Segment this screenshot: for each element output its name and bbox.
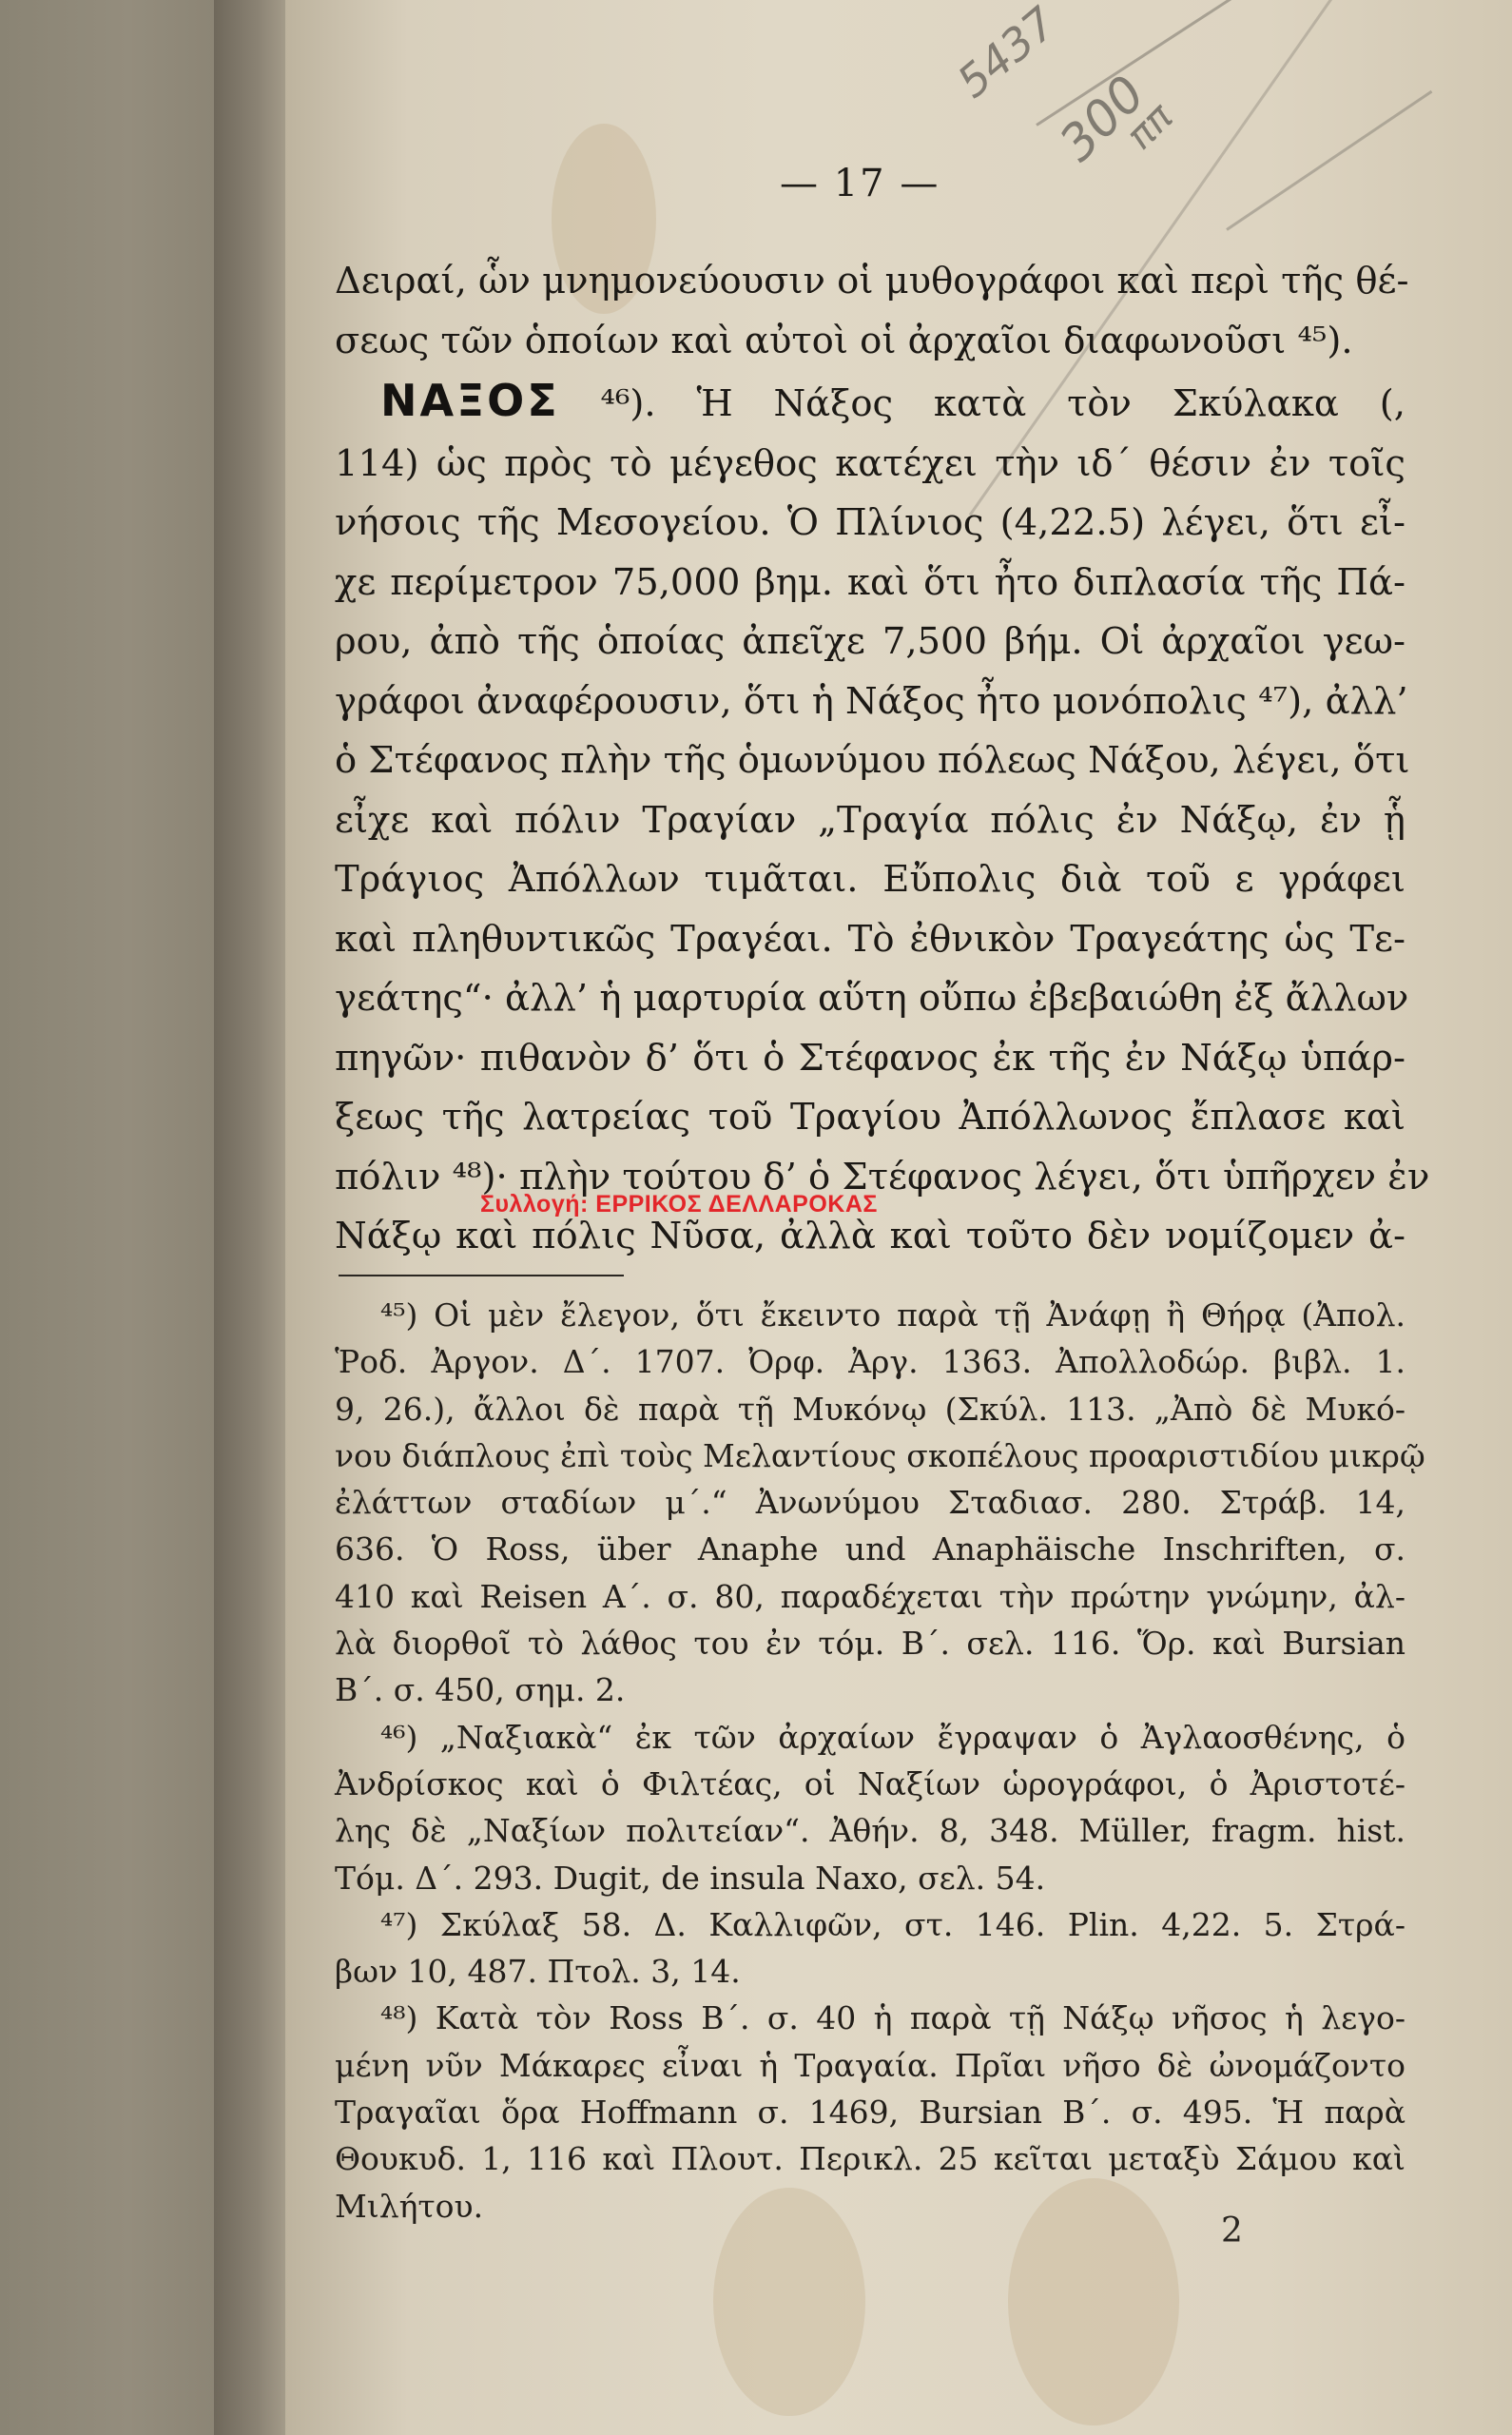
footnote-line: Τραγαῖαι ὅρα Hoffmann σ. 1469, Bursian Β… bbox=[335, 2089, 1405, 2135]
footnote-line: λης δὲ „Ναξίων πολιτείαν“. Ἀθήν. 8, 348.… bbox=[335, 1807, 1405, 1854]
footnote-line: Τόμ. Δ΄. 293. Dugit, de insula Naxo, σελ… bbox=[335, 1855, 1405, 1901]
text-line: γράφοι ἀναφέρουσιν, ὅτι ἡ Νάξος ἦτο μονό… bbox=[335, 672, 1405, 732]
page-number: — 17 — bbox=[780, 162, 940, 205]
text-line: γεάτης“· ἀλλ’ ἡ μαρτυρία αὕτη οὔπω ἐβεβα… bbox=[335, 969, 1405, 1029]
footnote-line: Ῥοδ. Ἀργον. Δ΄. 1707. Ὀρφ. Ἀργ. 1363. Ἀπ… bbox=[335, 1338, 1405, 1385]
footnote-line: Θουκυδ. 1, 116 καὶ Πλουτ. Περικλ. 25 κεῖ… bbox=[335, 2135, 1405, 2182]
footnote-line: ⁴⁵) Οἱ μὲν ἔλεγον, ὅτι ἔκειντο παρὰ τῇ Ἀ… bbox=[335, 1292, 1405, 1338]
footnote-line: Β΄. σ. 450, σημ. 2. bbox=[335, 1666, 1405, 1713]
text-line: ξεως τῆς λατρείας τοῦ Τραγίου Ἀπόλλωνος … bbox=[335, 1088, 1405, 1148]
footnote-line: ἐλάττων σταδίων μ΄.“ Ἀνωνύμου Σταδιασ. 2… bbox=[335, 1479, 1405, 1526]
section-heading: ΝΑΞΟΣ bbox=[380, 375, 560, 426]
signature-mark: 2 bbox=[1221, 2211, 1243, 2250]
text-line: 114) ὡς πρὸς τὸ μέγεθος κατέχει τὴν ιδ΄ … bbox=[335, 435, 1405, 495]
footnote-line: βων 10, 487. Πτολ. 3, 14. bbox=[335, 1948, 1405, 1995]
footnote-line: 636. Ὁ Ross, über Anaphe und Anaphäische… bbox=[335, 1526, 1405, 1572]
text-line: ὁ Στέφανος πλὴν τῆς ὁμωνύμου πόλεως Νάξο… bbox=[335, 731, 1405, 791]
collection-watermark: Συλλογή: ΕΡΡΙΚΟΣ ΔΕΛΛΑΡΟΚΑΣ bbox=[480, 1191, 878, 1218]
footnote-45: ⁴⁵) Οἱ μὲν ἔλεγον, ὅτι ἔκειντο παρὰ τῇ Ἀ… bbox=[335, 1292, 1405, 1714]
text-line: χε περίμετρον 75,000 βημ. καὶ ὅτι ἦτο δι… bbox=[335, 554, 1405, 614]
footnote-line: 410 καὶ Reisen Α΄. σ. 80, παραδέχεται τὴ… bbox=[335, 1573, 1405, 1620]
footnote-line: ⁴⁸) Κατὰ τὸν Ross Β΄. σ. 40 ἡ παρὰ τῇ Νά… bbox=[335, 1995, 1405, 2041]
footnotes: ⁴⁵) Οἱ μὲν ἔλεγον, ὅτι ἔκειντο παρὰ τῇ Ἀ… bbox=[335, 1292, 1405, 2230]
text-line: Δειραί, ὧν μνημονεύουσιν οἱ μυθογράφοι κ… bbox=[335, 252, 1405, 312]
text-line: εἶχε καὶ πόλιν Τραγίαν „Τραγία πόλις ἐν … bbox=[335, 791, 1405, 851]
footnote-line: Ἀνδρίσκος καὶ ὁ Φιλτέας, οἱ Ναξίων ὡρογρ… bbox=[335, 1761, 1405, 1807]
footnote-47: ⁴⁷) Σκύλαξ 58. Δ. Καλλιφῶν, στ. 146. Pli… bbox=[335, 1901, 1405, 1996]
footnote-line: 9, 26.), ἄλλοι δὲ παρὰ τῇ Μυκόνῳ (Σκύλ. … bbox=[335, 1386, 1405, 1432]
text-line: νήσοις τῆς Μεσογείου. Ὁ Πλίνιος (4,22.5)… bbox=[335, 494, 1405, 554]
facing-page-edge bbox=[0, 0, 214, 2435]
footnote-line: ⁴⁷) Σκύλαξ 58. Δ. Καλλιφῶν, στ. 146. Pli… bbox=[335, 1901, 1405, 1948]
text-line: ρου, ἀπὸ τῆς ὁποίας ἀπεῖχε 7,500 βήμ. Οἱ… bbox=[335, 613, 1405, 672]
footnote-line: Μιλήτου. bbox=[335, 2183, 1405, 2230]
text-line: πηγῶν· πιθανὸν δ’ ὅτι ὁ Στέφανος ἐκ τῆς … bbox=[335, 1029, 1405, 1089]
footnote-46: ⁴⁶) „Ναξιακὰ“ ἐκ τῶν ἀρχαίων ἔγραψαν ὁ Ἀ… bbox=[335, 1714, 1405, 1901]
text-line: ⁴⁶). Ἡ Νάξος κατὰ τὸν Σκύλακα (, bbox=[601, 382, 1405, 425]
footnote-line: νου διάπλους ἐπὶ τοὺς Μελαντίους σκοπέλο… bbox=[335, 1432, 1405, 1479]
main-text: Δειραί, ὧν μνημονεύουσιν οἱ μυθογράφοι κ… bbox=[335, 252, 1405, 1267]
footnote-48: ⁴⁸) Κατὰ τὸν Ross Β΄. σ. 40 ἡ παρὰ τῇ Νά… bbox=[335, 1995, 1405, 2229]
footnote-line: ⁴⁶) „Ναξιακὰ“ ἐκ τῶν ἀρχαίων ἔγραψαν ὁ Ἀ… bbox=[335, 1714, 1405, 1761]
footnote-line: μένη νῦν Μάκαρες εἶναι ἡ Τραγαία. Πρῖαι … bbox=[335, 2042, 1405, 2089]
text-line: Τράγιος Ἀπόλλων τιμᾶται. Εὔπολις διὰ τοῦ… bbox=[335, 850, 1405, 910]
text-line: καὶ πληθυντικῶς Τραγέαι. Τὸ ἐθνικὸν Τραγ… bbox=[335, 910, 1405, 970]
footnote-line: λὰ διορθοῖ τὸ λάθος του ἐν τόμ. Β΄. σελ.… bbox=[335, 1620, 1405, 1666]
section-heading-line: ΝΑΞΟΣ ⁴⁶). Ἡ Νάξος κατὰ τὸν Σκύλακα (, bbox=[335, 371, 1405, 435]
text-line: σεως τῶν ὁποίων καὶ αὐτοὶ οἱ ἀρχαῖοι δια… bbox=[335, 312, 1405, 372]
footnote-separator bbox=[339, 1275, 624, 1276]
